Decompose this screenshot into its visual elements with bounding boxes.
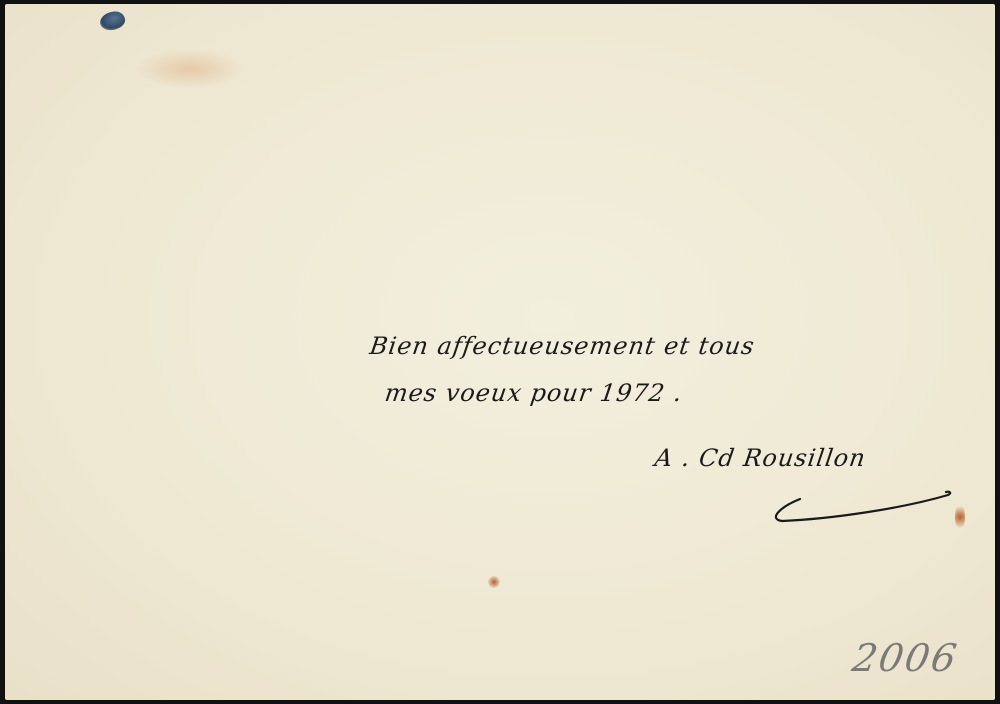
rust-stain	[135, 49, 245, 89]
archive-number: 2006	[849, 636, 961, 680]
blue-ink-blot	[98, 8, 128, 33]
postcard: Bien affectueusement et tous mes voeux p…	[5, 4, 995, 700]
rust-spot	[488, 576, 500, 588]
signature: A . Cd Rousillon	[653, 444, 868, 472]
message-line-2: mes voeux pour 1972 .	[383, 379, 684, 407]
signature-flourish	[770, 489, 960, 529]
message-line-1: Bien affectueusement et tous	[368, 332, 757, 360]
